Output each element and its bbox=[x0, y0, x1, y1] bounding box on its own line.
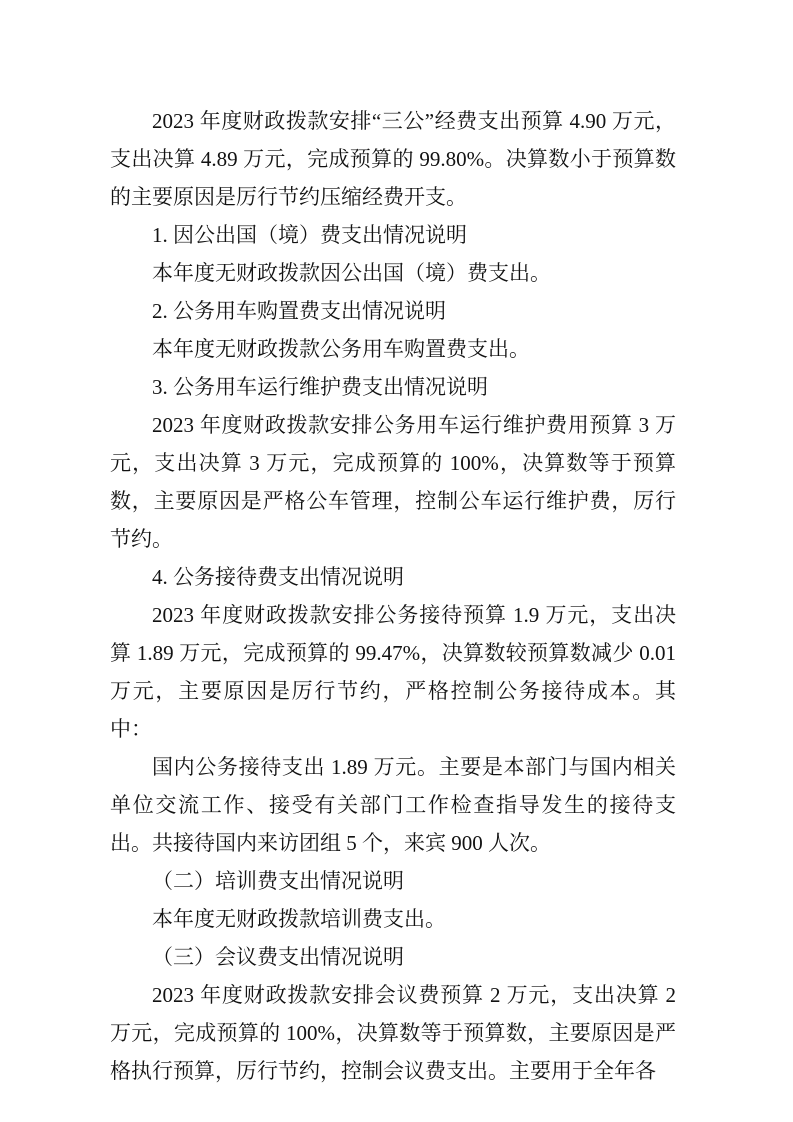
paragraph: 本年度无财政拨款公务用车购置费支出。 bbox=[110, 330, 676, 368]
paragraph: 2023 年度财政拨款安排会议费预算 2 万元，支出决算 2 万元，完成预算的 … bbox=[110, 976, 676, 1090]
document-body: 2023 年度财政拨款安排“三公”经费支出预算 4.90 万元，支出决算 4.8… bbox=[110, 102, 676, 1090]
paragraph: 本年度无财政拨款因公出国（境）费支出。 bbox=[110, 254, 676, 292]
document-page: 2023 年度财政拨款安排“三公”经费支出预算 4.90 万元，支出决算 4.8… bbox=[0, 0, 793, 1122]
section-heading: （二）培训费支出情况说明 bbox=[110, 862, 676, 900]
paragraph: 本年度无财政拨款培训费支出。 bbox=[110, 900, 676, 938]
section-heading: （三）会议费支出情况说明 bbox=[110, 938, 676, 976]
paragraph: 国内公务接待支出 1.89 万元。主要是本部门与国内相关单位交流工作、接受有关部… bbox=[110, 748, 676, 862]
section-heading: 2. 公务用车购置费支出情况说明 bbox=[110, 292, 676, 330]
paragraph: 2023 年度财政拨款安排公务接待预算 1.9 万元，支出决算 1.89 万元，… bbox=[110, 596, 676, 748]
section-heading: 4. 公务接待费支出情况说明 bbox=[110, 558, 676, 596]
section-heading: 1. 因公出国（境）费支出情况说明 bbox=[110, 216, 676, 254]
paragraph: 2023 年度财政拨款安排“三公”经费支出预算 4.90 万元，支出决算 4.8… bbox=[110, 102, 676, 216]
section-heading: 3. 公务用车运行维护费支出情况说明 bbox=[110, 368, 676, 406]
paragraph: 2023 年度财政拨款安排公务用车运行维护费用预算 3 万元，支出决算 3 万元… bbox=[110, 406, 676, 558]
